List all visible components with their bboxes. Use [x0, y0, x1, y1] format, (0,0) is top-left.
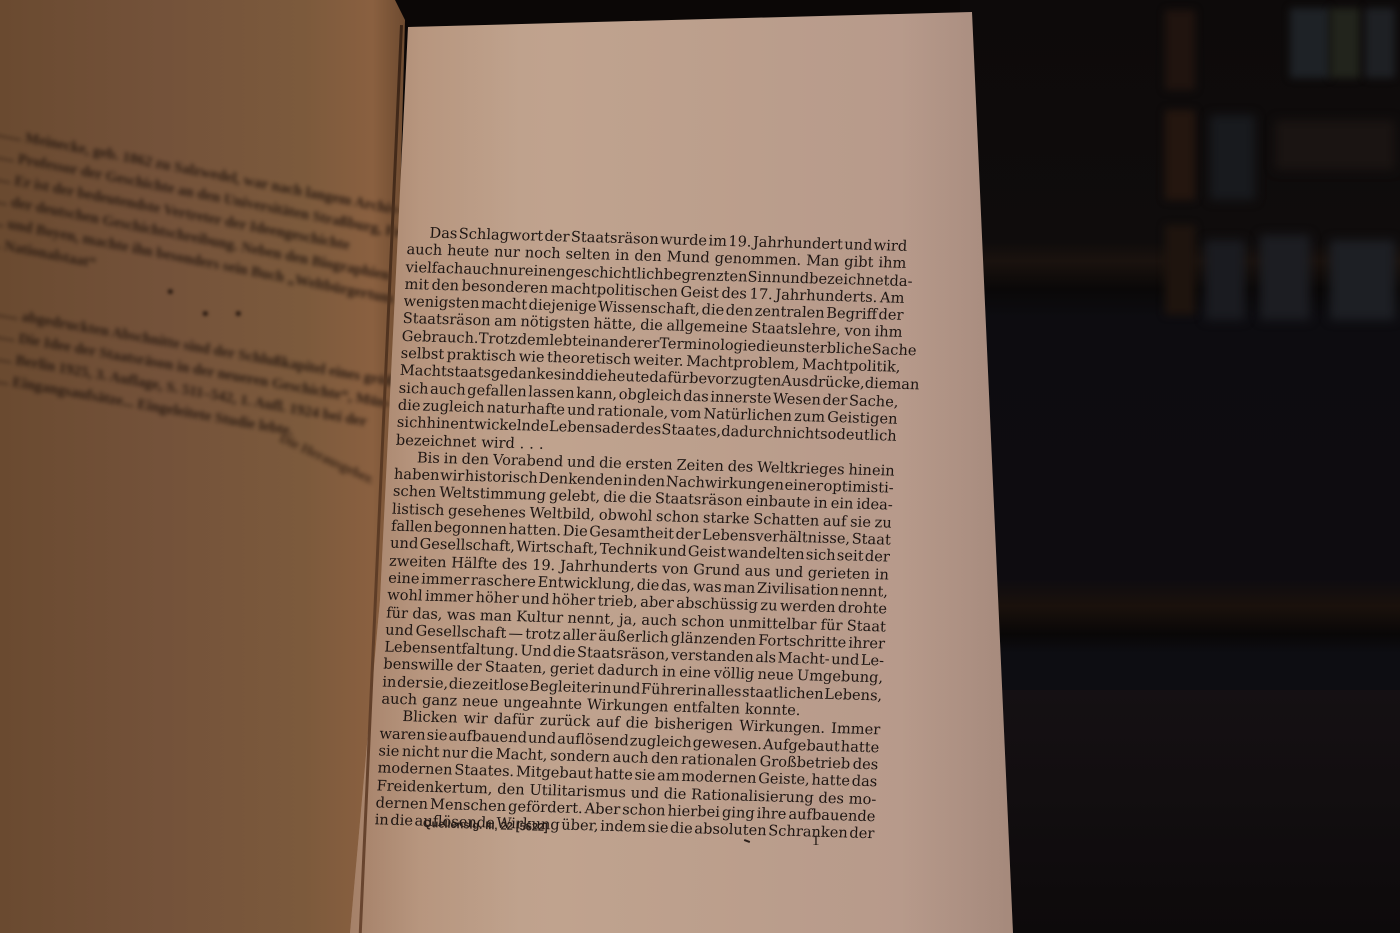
- page-number: 1: [812, 833, 820, 850]
- right-page-body-text: DasSchlagwortderStaatsräsonwurdeim19.Jah…: [374, 224, 908, 843]
- left-page-text-block-1: ......... Meinecke, geb. 1862 zu Salzwed…: [0, 120, 447, 339]
- left-page: ......... Meinecke, geb. 1862 zu Salzwed…: [0, 0, 405, 933]
- table-surface: [960, 690, 1400, 933]
